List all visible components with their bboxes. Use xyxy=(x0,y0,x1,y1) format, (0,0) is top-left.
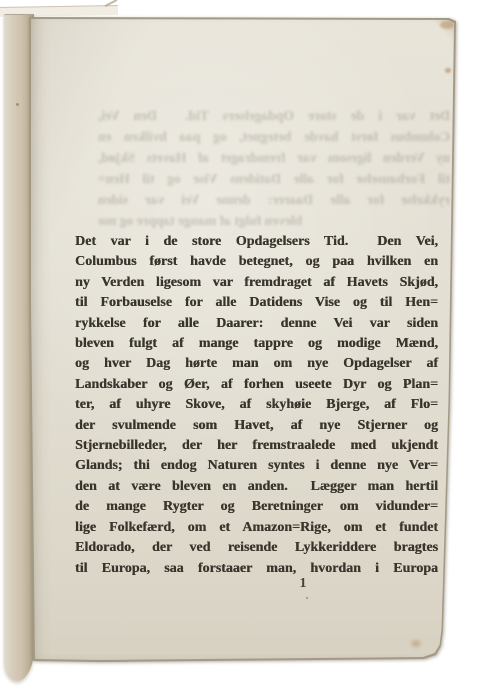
page-number: 1 xyxy=(290,576,316,596)
bleedthrough-text: Det var i de store Opdagelsers Tid. Den … xyxy=(98,105,450,231)
text-line: den at være bleven en anden. Lægger man … xyxy=(75,477,438,497)
text-line: Columbus først havde betegnet, og paa hv… xyxy=(75,252,438,272)
bleedthrough-line: ny Verden ligesom var fremdraget af Have… xyxy=(98,147,450,168)
foxing-stain xyxy=(445,68,451,73)
foxing-stain xyxy=(440,21,454,29)
text-line: Stjernebilleder, der her fremstraalede m… xyxy=(75,436,438,456)
book-page-wrap: Det var i de store Opdagelsers Tid. Den … xyxy=(26,13,460,665)
paper-speck xyxy=(306,597,308,599)
book-page: Det var i de store Opdagelsers Tid. Den … xyxy=(26,13,460,665)
text-line: Landskaber og Øer, af forhen useete Dyr … xyxy=(75,375,438,395)
text-line: til Forbauselse for alle Datidens Vise o… xyxy=(75,293,438,313)
text-line: til Europa, saa forstaaer man, hvordan i… xyxy=(75,559,438,579)
foxing-stain xyxy=(411,640,421,647)
bleedthrough-line: rykkelse for alle Daarer: denne Vei var … xyxy=(98,189,450,210)
text-line: de mange Rygter og Beretninger om vidund… xyxy=(75,497,438,517)
bleedthrough-line: bleven fulgt af mange tappre og modige M… xyxy=(98,210,302,231)
text-line: Det var i de store Opdagelsers Tid. Den … xyxy=(75,232,438,252)
text-line: ny Verden ligesom var fremdraget af Have… xyxy=(75,273,438,293)
bleedthrough-line: til Forbauselse for alle Datidens Vise o… xyxy=(98,168,450,189)
bleedthrough-line: Columbus først havde betegnet, og paa hv… xyxy=(98,126,450,147)
paper-speck xyxy=(16,103,19,106)
text-line: bleven fulgt af mange tappre og modige M… xyxy=(75,334,438,354)
page-edge: Det var i de store Opdagelsers Tid. Den … xyxy=(26,13,460,665)
text-line: rykkelse for alle Daarer: denne Vei var … xyxy=(75,314,438,334)
text-line: lige Folkefærd, om et Amazon=Rige, om et… xyxy=(75,518,438,538)
book-photo: Det var i de store Opdagelsers Tid. Den … xyxy=(0,0,488,700)
paper-speck xyxy=(453,19,456,22)
text-line: og hver Dag hørte man om nye Opdagelser … xyxy=(75,354,438,374)
bleedthrough-line: Det var i de store Opdagelsers Tid. Den … xyxy=(98,105,450,126)
text-line: Eldorado, der ved reisende Lykkeriddere … xyxy=(75,538,438,558)
text-line: ter, af uhyre Skove, af skyhøie Bjerge, … xyxy=(75,395,438,415)
foxing-stain xyxy=(432,13,460,51)
text-line: der svulmende som Havet, af nye Stjerner… xyxy=(75,416,438,436)
page-text: Det var i de store Opdagelsers Tid. Den … xyxy=(75,232,438,579)
text-line: Glands; thi endog Naturen syntes i denne… xyxy=(75,456,438,476)
